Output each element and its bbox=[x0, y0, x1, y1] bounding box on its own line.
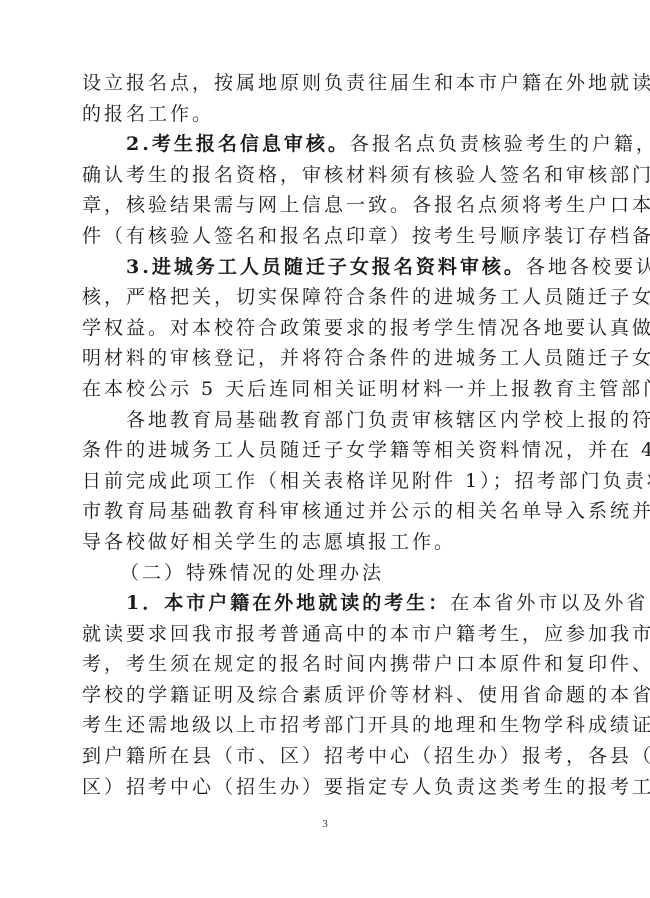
paragraph-line: 市教育局基础教育科审核通过并公示的相关名单导入系统并指 bbox=[82, 496, 572, 527]
paragraph-line: 在本校公示 5 天后连同相关证明材料一并上报教育主管部门。 bbox=[82, 374, 572, 405]
section-heading: 2.考生报名信息审核。 bbox=[126, 133, 350, 155]
paragraph-line: 就读要求回我市报考普通高中的本市户籍考生，应参加我市中 bbox=[82, 619, 572, 650]
paragraph-line: 学权益。对本校符合政策要求的报考学生情况各地要认真做好证 bbox=[82, 313, 572, 344]
paragraph-line: 核，严格把关，切实保障符合条件的进城务工人员随迁子女的升 bbox=[82, 282, 572, 313]
paragraph-text: 在本省外市以及外省（市） bbox=[450, 592, 650, 614]
paragraph-line: 学校的学籍证明及综合素质评价等材料、使用省命题的本省外市 bbox=[82, 680, 572, 711]
paragraph-line: 件（有核验人签名和报名点印章）按考生号顺序装订存档备查。 bbox=[82, 221, 572, 252]
paragraph-line: 到户籍所在县（市、区）招考中心（招生办）报考，各县（市、 bbox=[82, 741, 572, 772]
subsection-heading: （二）特殊情况的处理办法 bbox=[82, 558, 572, 589]
paragraph-text: 各地各校要认真审 bbox=[526, 256, 650, 278]
section-heading: 1．本市户籍在外地就读的考生： bbox=[126, 592, 450, 614]
paragraph-line: 日前完成此项工作（相关表格详见附件 1）；招考部门负责将经 bbox=[82, 466, 572, 497]
page-number: 3 bbox=[0, 818, 650, 830]
section-heading-line: 2.考生报名信息审核。各报名点负责核验考生的户籍，审核 bbox=[82, 129, 572, 160]
paragraph-line: 考，考生须在规定的报名时间内携带户口本原件和复印件、就读 bbox=[82, 649, 572, 680]
section-heading-line: 1．本市户籍在外地就读的考生：在本省外市以及外省（市） bbox=[82, 588, 572, 619]
paragraph-line: 明材料的审核登记，并将符合条件的进城务工人员随迁子女名单 bbox=[82, 343, 572, 374]
paragraph-line: 的报名工作。 bbox=[82, 99, 572, 130]
paragraph-line: 设立报名点，按属地原则负责往届生和本市户籍在外地就读考生 bbox=[82, 68, 572, 99]
section-heading: 3.进城务工人员随迁子女报名资料审核。 bbox=[126, 256, 526, 278]
paragraph-line: 区）招考中心（招生办）要指定专人负责这类考生的报考工作。 bbox=[82, 772, 572, 803]
section-heading-line: 3.进城务工人员随迁子女报名资料审核。各地各校要认真审 bbox=[82, 252, 572, 283]
paragraph-line: 确认考生的报名资格，审核材料须有核验人签名和审核部门印 bbox=[82, 160, 572, 191]
paragraph-line: 考生还需地级以上市招考部门开具的地理和生物学科成绩证明， bbox=[82, 710, 572, 741]
document-body: 设立报名点，按属地原则负责往届生和本市户籍在外地就读考生 的报名工作。 2.考生… bbox=[82, 68, 572, 802]
paragraph-line: 章，核验结果需与网上信息一致。各报名点须将考生户口本复印 bbox=[82, 190, 572, 221]
paragraph-line: 各地教育局基础教育部门负责审核辖区内学校上报的符合 bbox=[82, 405, 572, 436]
paragraph-text: 各报名点负责核验考生的户籍，审核 bbox=[350, 133, 650, 155]
paragraph-line: 导各校做好相关学生的志愿填报工作。 bbox=[82, 527, 572, 558]
paragraph-line: 条件的进城务工人员随迁子女学籍等相关资料情况，并在 4 月 10 bbox=[82, 435, 572, 466]
